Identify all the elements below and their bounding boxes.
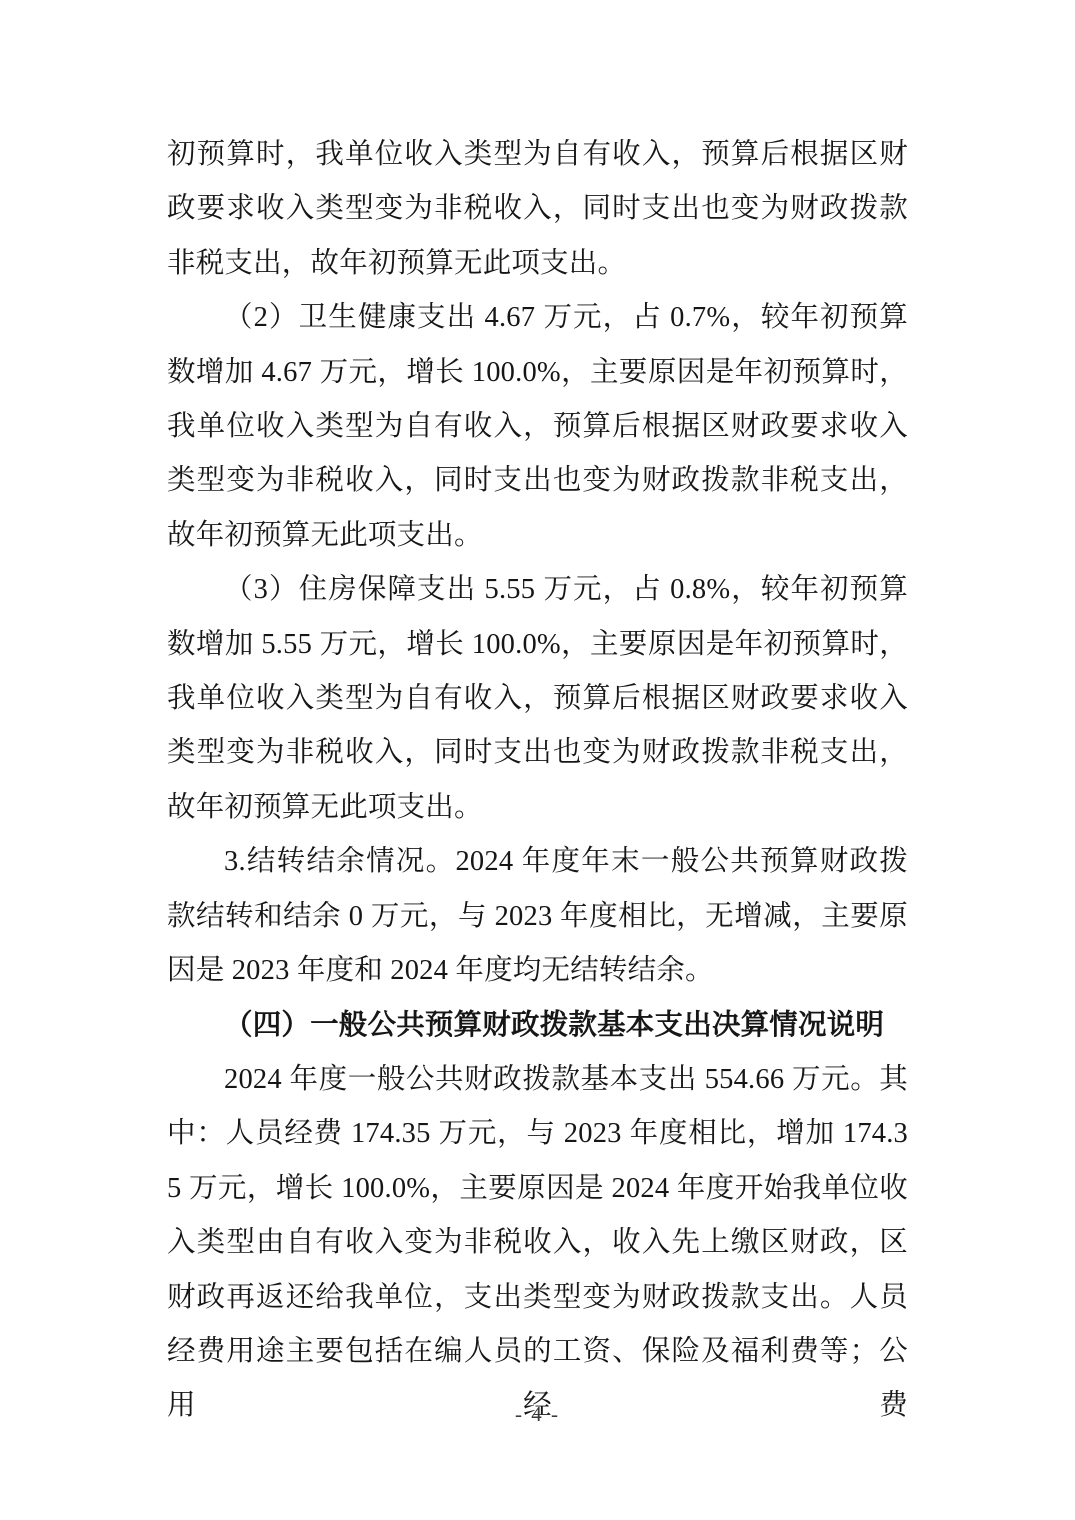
paragraph: 2024 年度一般公共财政拨款基本支出 554.66 万元。其中：人员经费 17… <box>167 1053 908 1434</box>
page-body: 初预算时，我单位收入类型为自有收入，预算后根据区财政要求收入类型变为非税收入，同… <box>167 128 908 1434</box>
section-heading: （四）一般公共预算财政拨款基本支出决算情况说明 <box>167 999 908 1053</box>
page-number: - 4 - <box>0 1402 1075 1427</box>
paragraph: （3）住房保障支出 5.55 万元，占 0.8%，较年初预算数增加 5.55 万… <box>167 563 908 835</box>
paragraph: 初预算时，我单位收入类型为自有收入，预算后根据区财政要求收入类型变为非税收入，同… <box>167 128 908 291</box>
document-page: 初预算时，我单位收入类型为自有收入，预算后根据区财政要求收入类型变为非税收入，同… <box>0 0 1075 1520</box>
paragraph: （2）卫生健康支出 4.67 万元，占 0.7%，较年初预算数增加 4.67 万… <box>167 291 908 563</box>
paragraph: 3.结转结余情况。2024 年度年末一般公共预算财政拨款结转和结余 0 万元，与… <box>167 835 908 998</box>
